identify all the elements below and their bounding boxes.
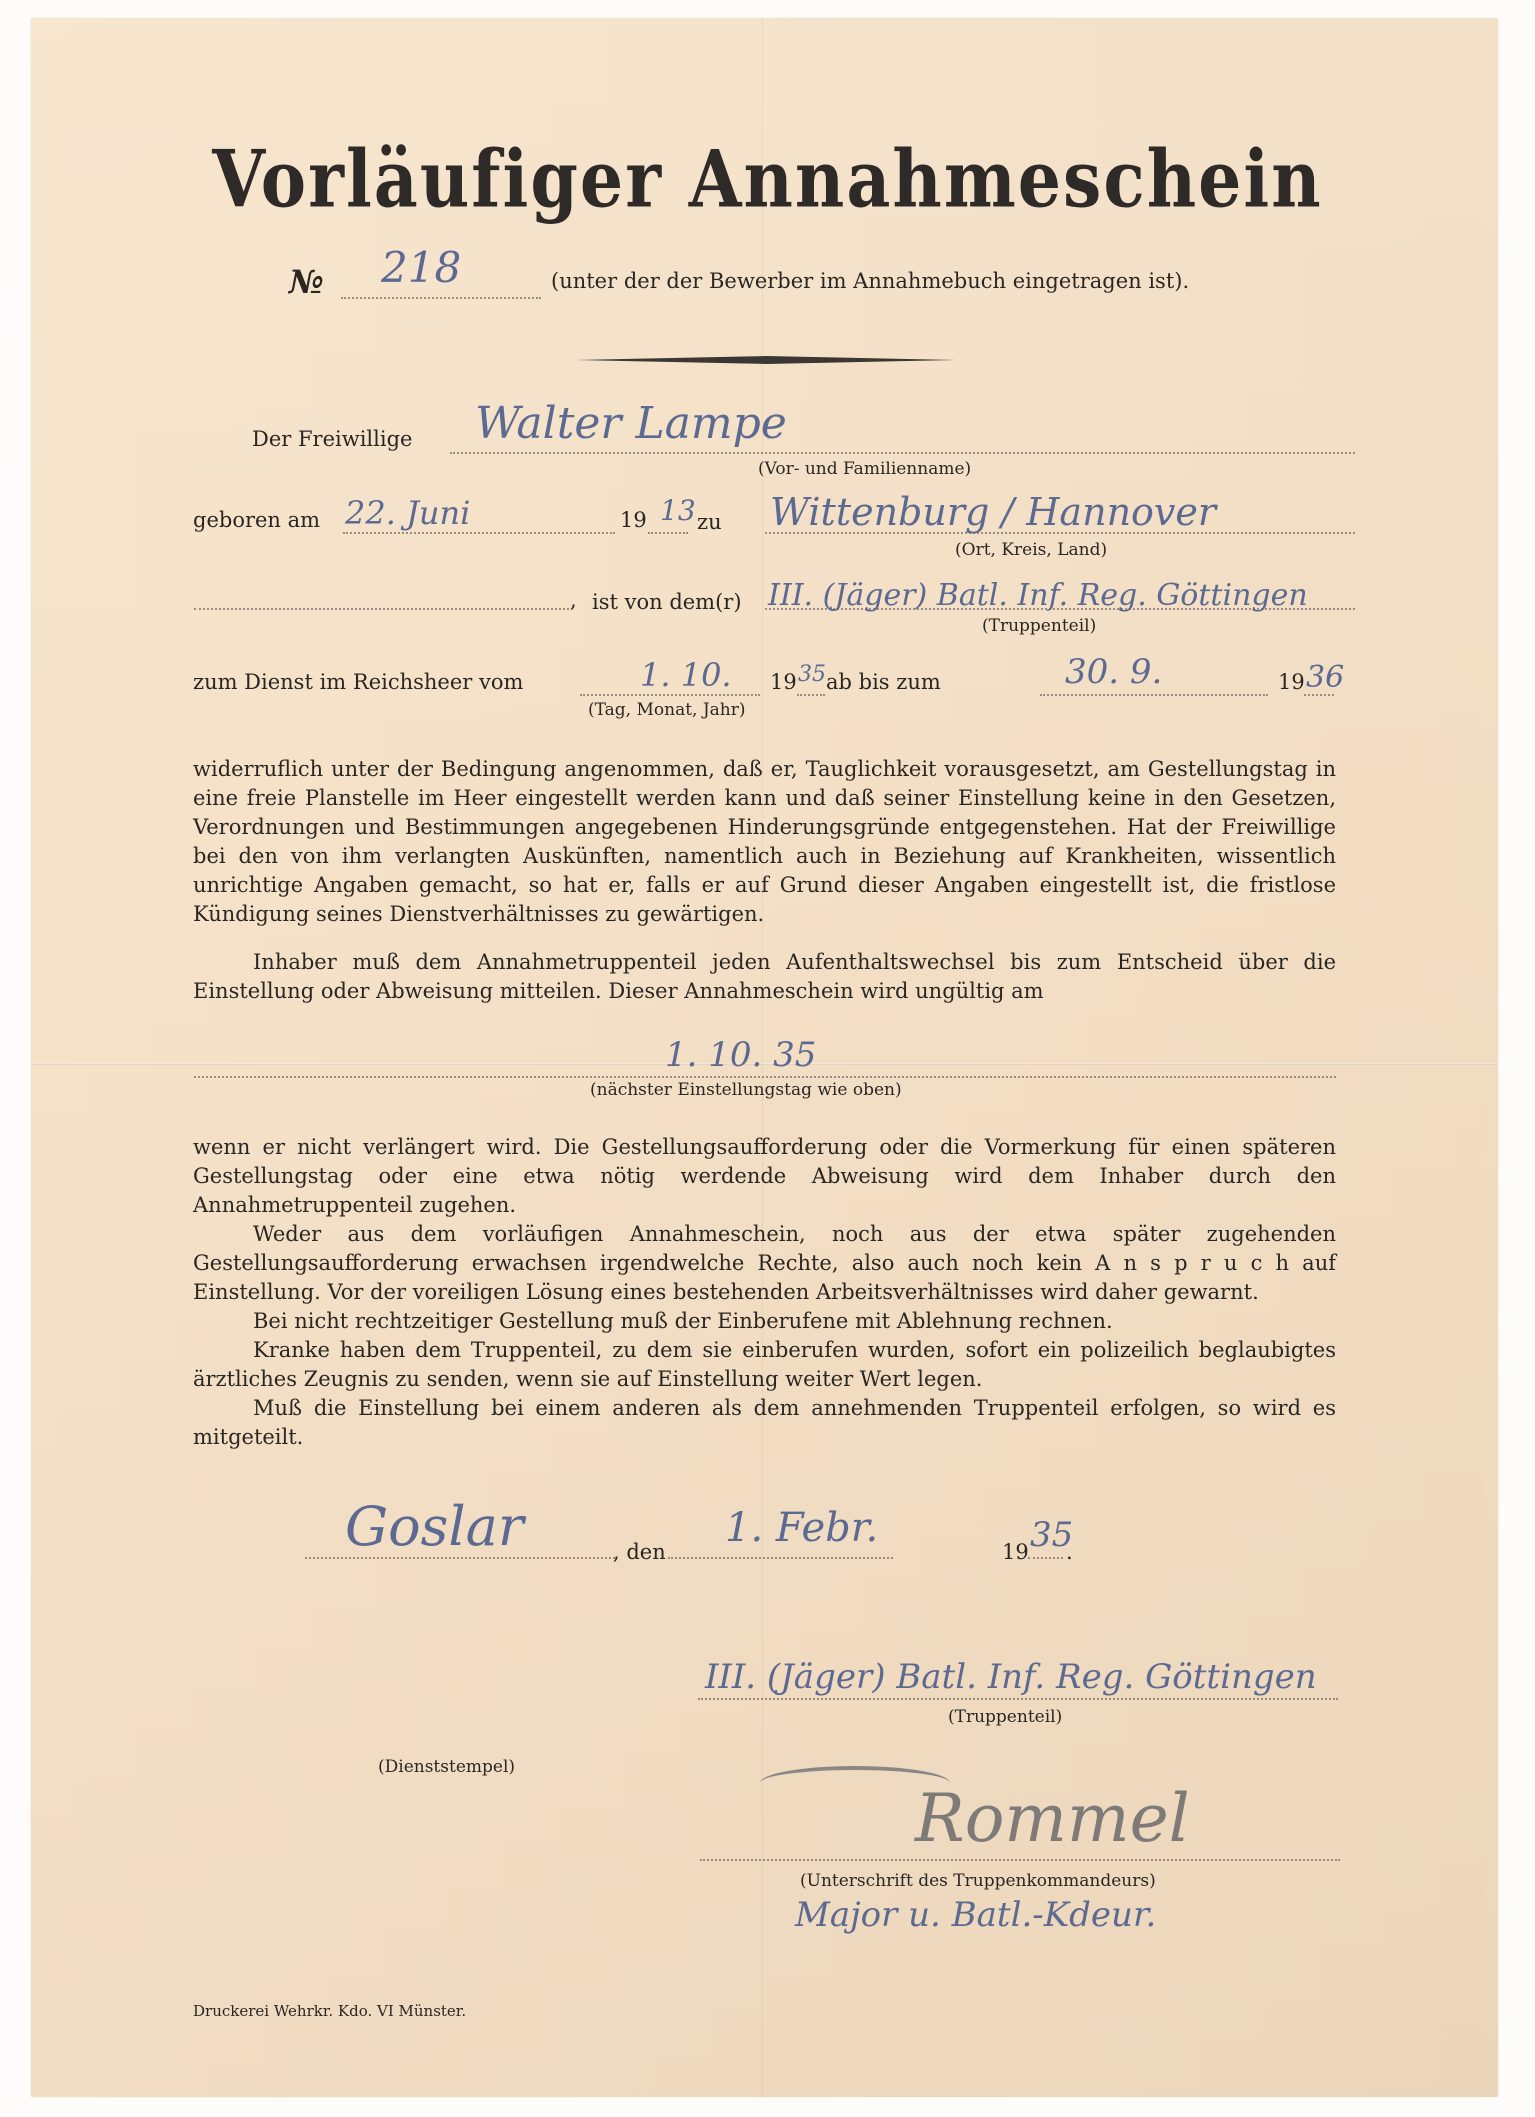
service-until-line [1040, 694, 1268, 696]
unit-prefix-line [194, 608, 569, 610]
printer-imprint: Druckerei Wehrkr. Kdo. VI Münster. [193, 2002, 466, 2020]
invalid-date-caption: (nächster Einstellungstag wie oben) [590, 1080, 902, 1100]
signature-caption: (Unterschrift des Truppenkommandeurs) [800, 1871, 1156, 1891]
terms-paragraph-6: Kranke haben dem Truppenteil, zu dem sie… [193, 1336, 1336, 1394]
terms-paragraph-1: widerruflich unter der Bedingung angenom… [193, 755, 1336, 929]
paragraph-text: Muß die Einstellung bei einem anderen al… [193, 1394, 1336, 1452]
unit-value: III. (Jäger) Batl. Inf. Reg. Göttingen [768, 578, 1308, 613]
birth-year-prefix: 19 [620, 508, 647, 532]
number-field-line [341, 297, 541, 299]
service-from-year-prefix: 19 [770, 670, 797, 694]
terms-paragraph-7: Muß die Einstellung bei einem anderen al… [193, 1394, 1336, 1452]
service-until-day-month: 30. 9. [1065, 652, 1162, 692]
signature-line [700, 1859, 1340, 1861]
number-symbol: № [289, 263, 324, 301]
invalid-date-value: 1. 10. 35 [665, 1035, 816, 1075]
birth-day-month: 22. Juni [345, 494, 470, 532]
birth-place-caption: (Ort, Kreis, Land) [955, 540, 1107, 560]
commander-signature: Rommel [915, 1780, 1190, 1857]
terms-paragraph-5: Bei nicht rechtzeitiger Gestellung muß d… [193, 1307, 1336, 1336]
issuing-unit-value: III. (Jäger) Batl. Inf. Reg. Göttingen [705, 1657, 1317, 1697]
issue-day-month-line [668, 1557, 893, 1559]
service-from-year-line [797, 694, 825, 696]
birth-date-line [343, 532, 615, 534]
unit-prefix-comma: , [570, 588, 577, 612]
paragraph-text: Bei nicht rechtzeitiger Gestellung muß d… [193, 1307, 1336, 1336]
paragraph-text: widerruflich unter der Bedingung angenom… [193, 755, 1336, 929]
service-until-year-prefix: 19 [1278, 670, 1305, 694]
issue-year-end: . [1066, 1540, 1073, 1564]
invalid-date-line [194, 1076, 1336, 1078]
paragraph-text: Weder aus dem vorläufigen Annahmeschein,… [193, 1220, 1336, 1307]
unit-caption: (Truppenteil) [982, 616, 1096, 636]
volunteer-name-caption: (Vor- und Familienname) [758, 459, 971, 479]
birth-year-line [648, 532, 688, 534]
issuing-unit-line [698, 1698, 1338, 1700]
stamp-caption: (Dienststempel) [378, 1757, 515, 1777]
commander-title: Major u. Batl.-Kdeur. [795, 1895, 1156, 1935]
paragraph-text: Kranke haben dem Truppenteil, zu dem sie… [193, 1336, 1336, 1394]
unit-label: ist von dem(r) [592, 590, 742, 614]
service-date-caption: (Tag, Monat, Jahr) [588, 700, 746, 720]
issue-den-label: , den [613, 1540, 666, 1564]
birth-year-suffix: 13 [660, 494, 696, 527]
number-caption: (unter der der Bewerber im Annahmebuch e… [551, 269, 1189, 293]
birth-place-label: zu [697, 510, 722, 534]
service-from-line [580, 694, 760, 696]
volunteer-name: Walter Lampe [475, 398, 787, 449]
paragraph-text: wenn er nicht verlängert wird. Die Geste… [193, 1133, 1336, 1220]
paragraph-text: Inhaber muß dem Annahmetruppenteil jeden… [193, 948, 1336, 1006]
service-until-label: ab bis zum [826, 670, 941, 694]
service-from-year-suffix: 35 [798, 662, 826, 687]
service-until-year-suffix: 36 [1306, 660, 1344, 695]
issue-year-line [1028, 1557, 1063, 1559]
birth-place: Wittenburg / Hannover [770, 490, 1216, 534]
terms-paragraph-4: Weder aus dem vorläufigen Annahmeschein,… [193, 1220, 1336, 1307]
issuing-unit-caption: (Truppenteil) [948, 1707, 1062, 1727]
terms-paragraph-2: Inhaber muß dem Annahmetruppenteil jeden… [193, 948, 1336, 1006]
issue-day-month: 1. Febr. [725, 1505, 878, 1551]
volunteer-name-line [450, 452, 1355, 454]
issue-year-prefix: 19 [1002, 1540, 1029, 1564]
birth-label: geboren am [193, 508, 320, 532]
volunteer-label: Der Freiwillige [252, 427, 412, 451]
number-value: 218 [381, 243, 461, 292]
number-row: № 218 (unter der der Bewerber im Annahme… [289, 263, 1349, 303]
document-title: Vorläufiger Annahmeschein [0, 134, 1535, 226]
service-label: zum Dienst im Reichsheer vom [193, 670, 523, 694]
terms-paragraph-3: wenn er nicht verlängert wird. Die Geste… [193, 1133, 1336, 1220]
service-from-day-month: 1. 10. [640, 656, 732, 694]
issue-place: Goslar [345, 1495, 524, 1558]
